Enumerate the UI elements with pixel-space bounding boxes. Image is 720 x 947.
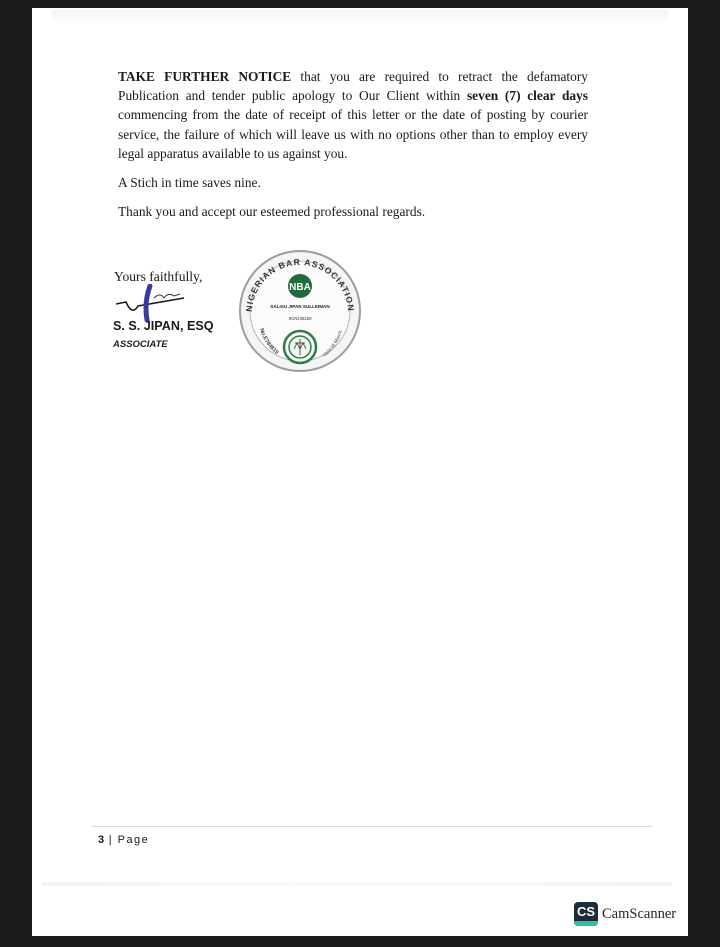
notice-deadline: seven (7) clear days bbox=[467, 88, 588, 103]
svg-text:NBA: NBA bbox=[289, 282, 311, 293]
page-number: 3 | Page bbox=[98, 834, 149, 846]
notice-text-2: commencing from the date of receipt of t… bbox=[118, 107, 588, 160]
signer-title: ASSOCIATE bbox=[113, 339, 168, 350]
scan-shadow bbox=[52, 10, 668, 22]
svg-text:SALISU JIPAN SULLEIMAN: SALISU JIPAN SULLEIMAN bbox=[270, 304, 330, 309]
camscanner-watermark: CS CamScanner bbox=[574, 901, 676, 927]
camscanner-brand: CamScanner bbox=[602, 906, 676, 923]
page-label: | Page bbox=[109, 834, 150, 846]
signer-name: S. S. JIPAN, ESQ bbox=[113, 319, 214, 333]
nba-stamp-icon: NIGERIAN BAR ASSOCIATION No.E7848195 Val… bbox=[238, 249, 362, 373]
notice-lead: TAKE FURTHER NOTICE bbox=[118, 69, 291, 84]
scan-artifact bbox=[42, 882, 672, 886]
letter-body: TAKE FURTHER NOTICE that you are require… bbox=[118, 67, 588, 231]
footer-divider bbox=[92, 826, 652, 827]
svg-text:SCN138159: SCN138159 bbox=[289, 316, 312, 321]
document-page: TAKE FURTHER NOTICE that you are require… bbox=[32, 8, 688, 936]
camscanner-logo-icon: CS bbox=[574, 902, 598, 926]
thanks-paragraph: Thank you and accept our esteemed profes… bbox=[118, 202, 588, 221]
proverb-paragraph: A Stich in time saves nine. bbox=[118, 173, 588, 192]
signature-icon bbox=[114, 284, 204, 324]
notice-paragraph: TAKE FURTHER NOTICE that you are require… bbox=[118, 67, 588, 163]
closing-salutation: Yours faithfully, bbox=[114, 269, 202, 285]
page-number-value: 3 bbox=[98, 834, 104, 846]
